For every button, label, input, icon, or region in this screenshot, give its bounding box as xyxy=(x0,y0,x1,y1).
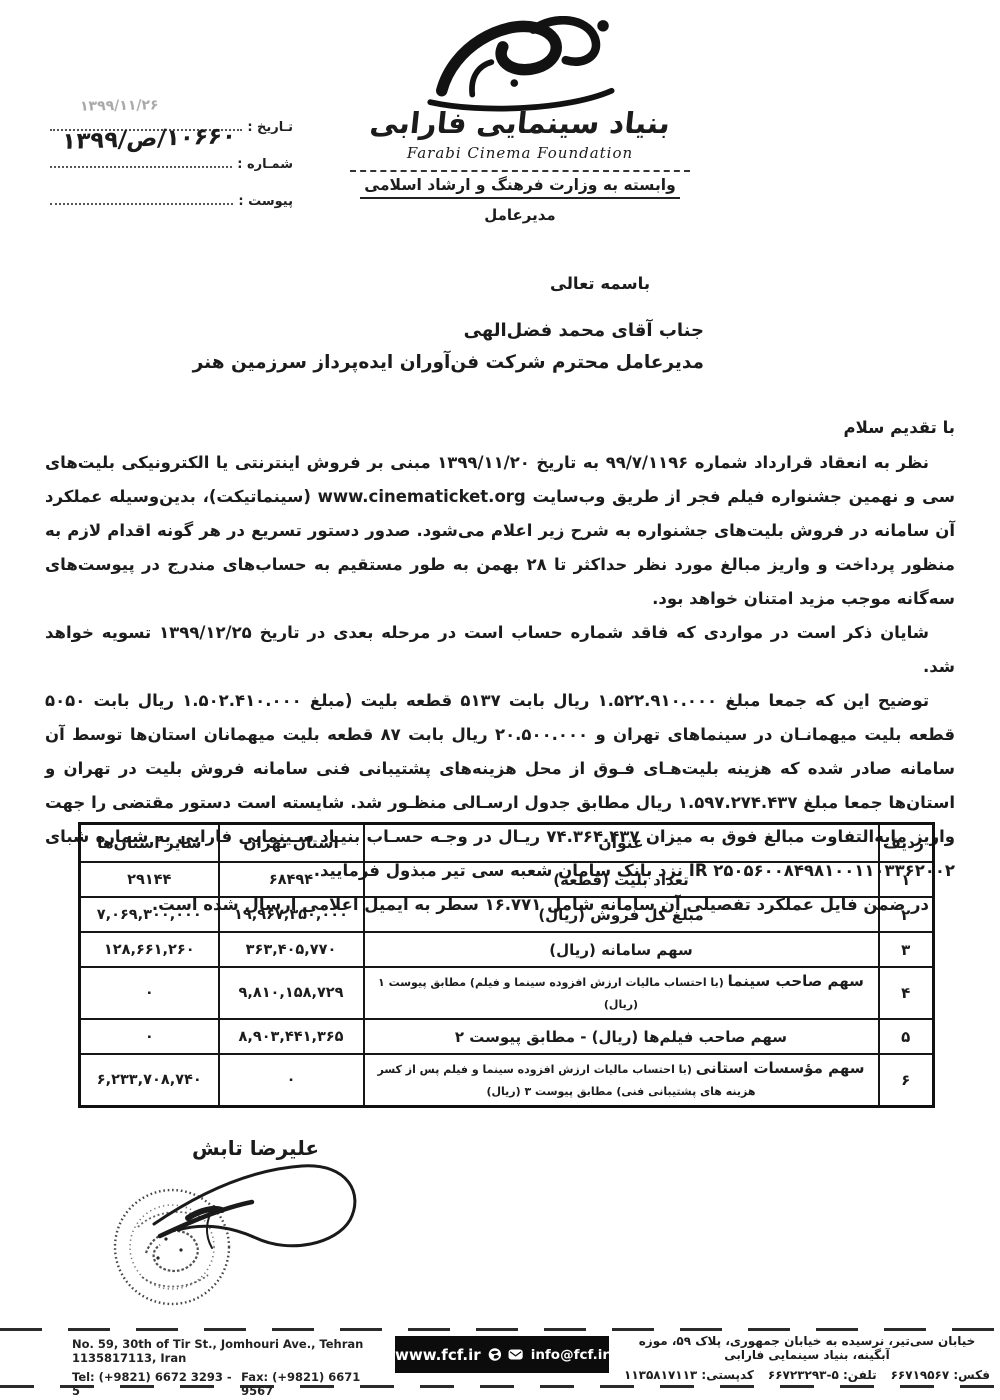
header-tehran: استان تهران xyxy=(219,824,364,863)
tehran-value-cell: ۱۹,۹۶۷,۳۵۰,۰۰۰ xyxy=(219,897,364,932)
signature-block: علیرضا تابش xyxy=(92,1130,392,1315)
row-title-cell: سهم مؤسسات استانی (با احتساب مالیات ارزش… xyxy=(364,1054,879,1107)
body-paragraph-2: شایان ذکر است در مواردی که فاقد شماره حس… xyxy=(45,616,955,684)
dashed-rule xyxy=(350,170,690,172)
row-title-cell: تعداد بلیت (قطعه) xyxy=(364,862,879,897)
row-title-cell: سهم سامانه (ریال) xyxy=(364,932,879,967)
address-line-en: No. 59, 30th of Tir St., Jomhouri Ave., … xyxy=(72,1337,394,1365)
header-title: عنوان xyxy=(364,824,879,863)
letter-page: ۱۳۹۹/۱۱/۲۶ ۱۰۶۶۰/ص/۱۳۹۹ تـاریخ : شمـاره … xyxy=(0,0,1000,1400)
tel-fa: تلفن: ۵-۶۶۷۲۳۲۹۳ xyxy=(768,1368,877,1382)
dashed-rule xyxy=(0,1328,1000,1331)
tehran-value-cell: ۰ xyxy=(219,1054,364,1107)
row-number-cell: ۵ xyxy=(879,1019,934,1054)
table-row: ۴سهم صاحب سینما (با احتساب مالیات ارزش ا… xyxy=(80,967,934,1019)
fax-fa: فکس: ۶۶۷۱۹۵۶۷ xyxy=(891,1368,990,1382)
table-row: ۱تعداد بلیت (قطعه)۶۸۴۹۴۲۹۱۴۴ xyxy=(80,862,934,897)
foundation-name-en: Farabi Cinema Foundation xyxy=(330,144,710,162)
other-provinces-value-cell: ۷,۰۶۹,۳۰۰,۰۰۰ xyxy=(80,897,219,932)
footer-address-en: No. 59, 30th of Tir St., Jomhouri Ave., … xyxy=(72,1337,394,1398)
address-line-fa: خیابان سی‌تیر، نرسیده به خیابان جمهوری، … xyxy=(622,1334,992,1362)
row-title-cell: سهم صاحب فیلم‌ها (ریال) - مطابق پیوست ۲ xyxy=(364,1019,879,1054)
dotted-leader xyxy=(50,202,233,205)
row-number-cell: ۲ xyxy=(879,897,934,932)
header-row-no: ردیف xyxy=(879,824,934,863)
table-row: ۵سهم صاحب فیلم‌ها (ریال) - مطابق پیوست ۲… xyxy=(80,1019,934,1054)
dotted-leader xyxy=(50,165,232,168)
other-provinces-value-cell: ۱۲۸,۶۶۱,۲۶۰ xyxy=(80,932,219,967)
signature-stamp-icon xyxy=(92,1152,382,1317)
letter-meta-block: ۱۳۹۹/۱۱/۲۶ ۱۰۶۶۰/ص/۱۳۹۹ تـاریخ : شمـاره … xyxy=(48,100,293,211)
results-table-body: ۱تعداد بلیت (قطعه)۶۸۴۹۴۲۹۱۴۴۲مبلغ کل فرو… xyxy=(80,862,934,1107)
website-link: www.fcf.ir xyxy=(395,1346,481,1364)
salutation: باسمه تعالی xyxy=(550,274,650,293)
row-number-cell: ۳ xyxy=(879,932,934,967)
handwritten-date: ۱۳۹۹/۱۱/۲۶ xyxy=(80,97,159,114)
sales-summary-table: ردیف عنوان استان تهران سایر استان‌ها ۱تع… xyxy=(78,822,935,1108)
globe-icon xyxy=(488,1345,502,1364)
tel-en: Tel: (+9821) 6672 3293 - 5 xyxy=(72,1370,241,1398)
body-paragraph-1: نظر به انعقاد قرارداد شماره ۹۹/۷/۱۱۹۶ به… xyxy=(45,446,955,616)
other-provinces-value-cell: ۲۹۱۴۴ xyxy=(80,862,219,897)
footer-address-fa: خیابان سی‌تیر، نرسیده به خیابان جمهوری، … xyxy=(622,1334,992,1382)
other-provinces-value-cell: ۰ xyxy=(80,967,219,1019)
row-number-cell: ۱ xyxy=(879,862,934,897)
date-label: تـاریخ : xyxy=(247,120,293,137)
row-title-cell: سهم صاحب سینما (با احتساب مالیات ارزش اف… xyxy=(364,967,879,1019)
letterhead: بنیاد سینمایی فارابی Farabi Cinema Found… xyxy=(330,16,710,224)
table-header-row: ردیف عنوان استان تهران سایر استان‌ها xyxy=(80,824,934,863)
greeting: با تقدیم سلام xyxy=(844,418,955,437)
table-row: ۲مبلغ کل فروش (ریال)۱۹,۹۶۷,۳۵۰,۰۰۰۷,۰۶۹,… xyxy=(80,897,934,932)
recipient-name: جناب آقای محمد فضل‌الهی xyxy=(193,320,704,341)
number-label: شمـاره : xyxy=(237,157,293,174)
farabi-calligraphy-logo-icon xyxy=(415,16,625,112)
table-row: ۶سهم مؤسسات استانی (با احتساب مالیات ارز… xyxy=(80,1054,934,1107)
attachment-label: پیوست : xyxy=(238,194,293,211)
email-link: info@fcf.ir xyxy=(531,1347,609,1363)
footer: No. 59, 30th of Tir St., Jomhouri Ave., … xyxy=(0,1326,1000,1392)
header-other-provinces: سایر استان‌ها xyxy=(80,824,219,863)
recipient-title: مدیرعامل محترم شرکت فن‌آوران ایده‌پرداز … xyxy=(193,352,704,373)
envelope-icon xyxy=(508,1347,523,1362)
tehran-value-cell: ۶۸۴۹۴ xyxy=(219,862,364,897)
row-number-cell: ۴ xyxy=(879,967,934,1019)
tehran-value-cell: ۳۶۳,۴۰۵,۷۷۰ xyxy=(219,932,364,967)
other-provinces-value-cell: ۰ xyxy=(80,1019,219,1054)
attachment-field-row: پیوست : xyxy=(48,174,293,211)
footer-contact-bar: www.fcf.ir info@fcf.ir xyxy=(395,1336,609,1373)
row-number-cell: ۶ xyxy=(879,1054,934,1107)
postal-code-fa: کدپستی: ۱۱۳۵۸۱۷۱۱۳ xyxy=(624,1368,754,1382)
row-title-cell: مبلغ کل فروش (ریال) xyxy=(364,897,879,932)
fax-en: Fax: (+9821) 6671 9567 xyxy=(241,1370,394,1398)
foundation-name-fa: بنیاد سینمایی فارابی xyxy=(368,106,672,140)
signer-role: مدیرعامل xyxy=(330,206,710,224)
table-row: ۳سهم سامانه (ریال)۳۶۳,۴۰۵,۷۷۰۱۲۸,۶۶۱,۲۶۰ xyxy=(80,932,934,967)
tehran-value-cell: ۸,۹۰۳,۴۴۱,۳۶۵ xyxy=(219,1019,364,1054)
ministry-affiliation: وابسته به وزارت فرهنگ و ارشاد اسلامی xyxy=(360,174,679,199)
tehran-value-cell: ۹,۸۱۰,۱۵۸,۷۲۹ xyxy=(219,967,364,1019)
recipient-block: جناب آقای محمد فضل‌الهی مدیرعامل محترم ش… xyxy=(193,320,704,373)
other-provinces-value-cell: ۶,۲۳۳,۷۰۸,۷۴۰ xyxy=(80,1054,219,1107)
